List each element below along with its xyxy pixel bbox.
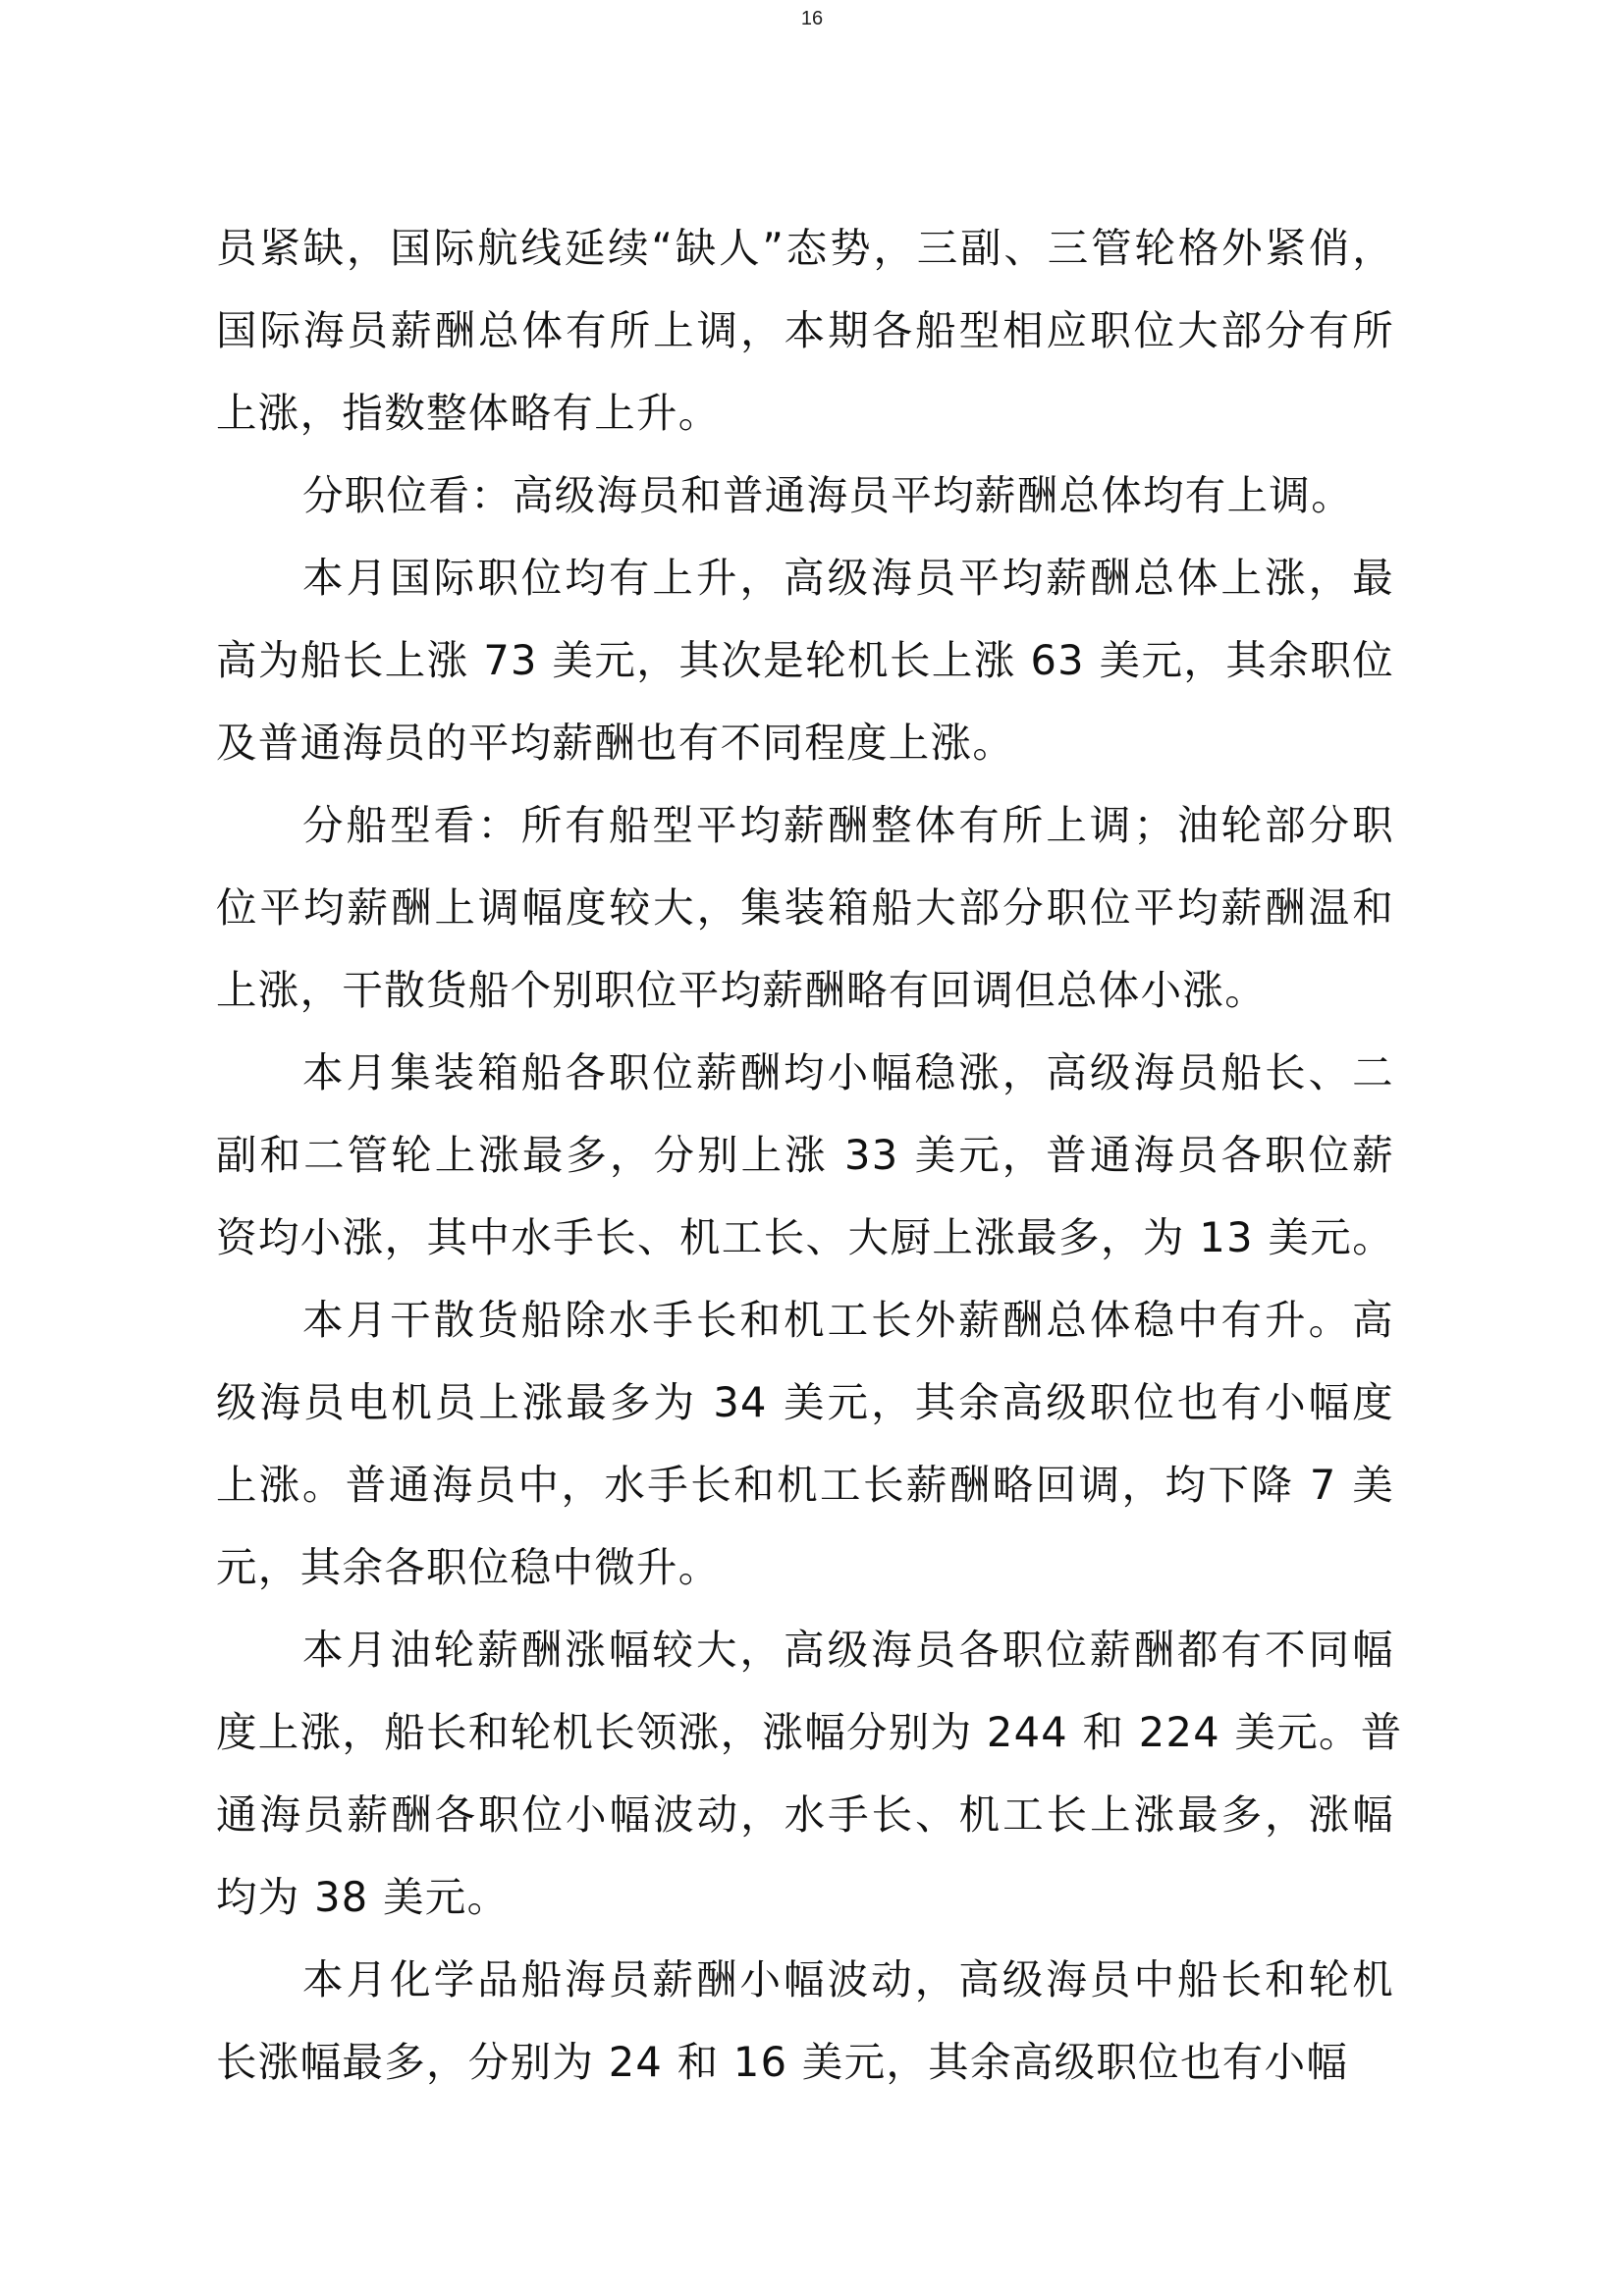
paragraph-by-ship-type-summary: 分船型看：所有船型平均薪酬整体有所上调；油轮部分职 位平均薪酬上调幅度较大，集装… [216, 795, 1394, 1042]
paragraph-by-position-summary: 分职位看：高级海员和普通海员平均薪酬总体均有上调。 [216, 465, 1394, 548]
text-line: 及普通海员的平均薪酬也有不同程度上涨。 [216, 713, 1394, 795]
paragraph-dry-bulk-ships: 本月干散货船除水手长和机工长外薪酬总体稳中有升。高 级海员电机员上涨最多为 34… [216, 1290, 1394, 1620]
text-line: 通海员薪酬各职位小幅波动，水手长、机工长上涨最多，涨幅 [216, 1785, 1394, 1867]
text-line: 元，其余各职位稳中微升。 [216, 1537, 1394, 1620]
text-line: 上涨，指数整体略有上升。 [216, 383, 1394, 465]
text-line: 位平均薪酬上调幅度较大，集装箱船大部分职位平均薪酬温和 [216, 878, 1394, 960]
text-line: 本月化学品船海员薪酬小幅波动，高级海员中船长和轮机 [216, 1949, 1394, 2032]
text-line: 副和二管轮上涨最多，分别上涨 33 美元，普通海员各职位薪 [216, 1125, 1394, 1207]
text-line: 长涨幅最多，分别为 24 和 16 美元，其余高级职位也有小幅 [216, 2032, 1394, 2114]
paragraph-market-overview: 员紧缺，国际航线延续“缺人”态势，三副、三管轮格外紧俏， 国际海员薪酬总体有所上… [216, 218, 1394, 465]
text-line: 本月油轮薪酬涨幅较大，高级海员各职位薪酬都有不同幅 [216, 1620, 1394, 1702]
text-line: 上涨，干散货船个别职位平均薪酬略有回调但总体小涨。 [216, 960, 1394, 1042]
text-line: 分职位看：高级海员和普通海员平均薪酬总体均有上调。 [216, 465, 1394, 548]
text-line: 级海员电机员上涨最多为 34 美元，其余高级职位也有小幅度 [216, 1372, 1394, 1455]
paragraph-container-ships: 本月集装箱船各职位薪酬均小幅稳涨，高级海员船长、二 副和二管轮上涨最多，分别上涨… [216, 1042, 1394, 1290]
paragraph-international-positions: 本月国际职位均有上升，高级海员平均薪酬总体上涨，最 高为船长上涨 73 美元，其… [216, 548, 1394, 795]
text-line: 上涨。普通海员中，水手长和机工长薪酬略回调，均下降 7 美 [216, 1455, 1394, 1537]
text-line: 国际海员薪酬总体有所上调，本期各船型相应职位大部分有所 [216, 300, 1394, 383]
document-body: 员紧缺，国际航线延续“缺人”态势，三副、三管轮格外紧俏， 国际海员薪酬总体有所上… [216, 218, 1394, 2114]
text-line: 高为船长上涨 73 美元，其次是轮机长上涨 63 美元，其余职位 [216, 630, 1394, 713]
text-line: 本月集装箱船各职位薪酬均小幅稳涨，高级海员船长、二 [216, 1042, 1394, 1125]
text-line: 本月国际职位均有上升，高级海员平均薪酬总体上涨，最 [216, 548, 1394, 630]
page-number: 16 [0, 8, 1624, 30]
text-line: 员紧缺，国际航线延续“缺人”态势，三副、三管轮格外紧俏， [216, 218, 1394, 300]
text-line: 本月干散货船除水手长和机工长外薪酬总体稳中有升。高 [216, 1290, 1394, 1372]
text-line: 资均小涨，其中水手长、机工长、大厨上涨最多，为 13 美元。 [216, 1207, 1394, 1290]
text-line: 分船型看：所有船型平均薪酬整体有所上调；油轮部分职 [216, 795, 1394, 878]
paragraph-chemical-tankers: 本月化学品船海员薪酬小幅波动，高级海员中船长和轮机 长涨幅最多，分别为 24 和… [216, 1949, 1394, 2114]
paragraph-tankers: 本月油轮薪酬涨幅较大，高级海员各职位薪酬都有不同幅 度上涨，船长和轮机长领涨，涨… [216, 1620, 1394, 1949]
text-line: 均为 38 美元。 [216, 1867, 1394, 1949]
text-line: 度上涨，船长和轮机长领涨，涨幅分别为 244 和 224 美元。普 [216, 1702, 1394, 1785]
